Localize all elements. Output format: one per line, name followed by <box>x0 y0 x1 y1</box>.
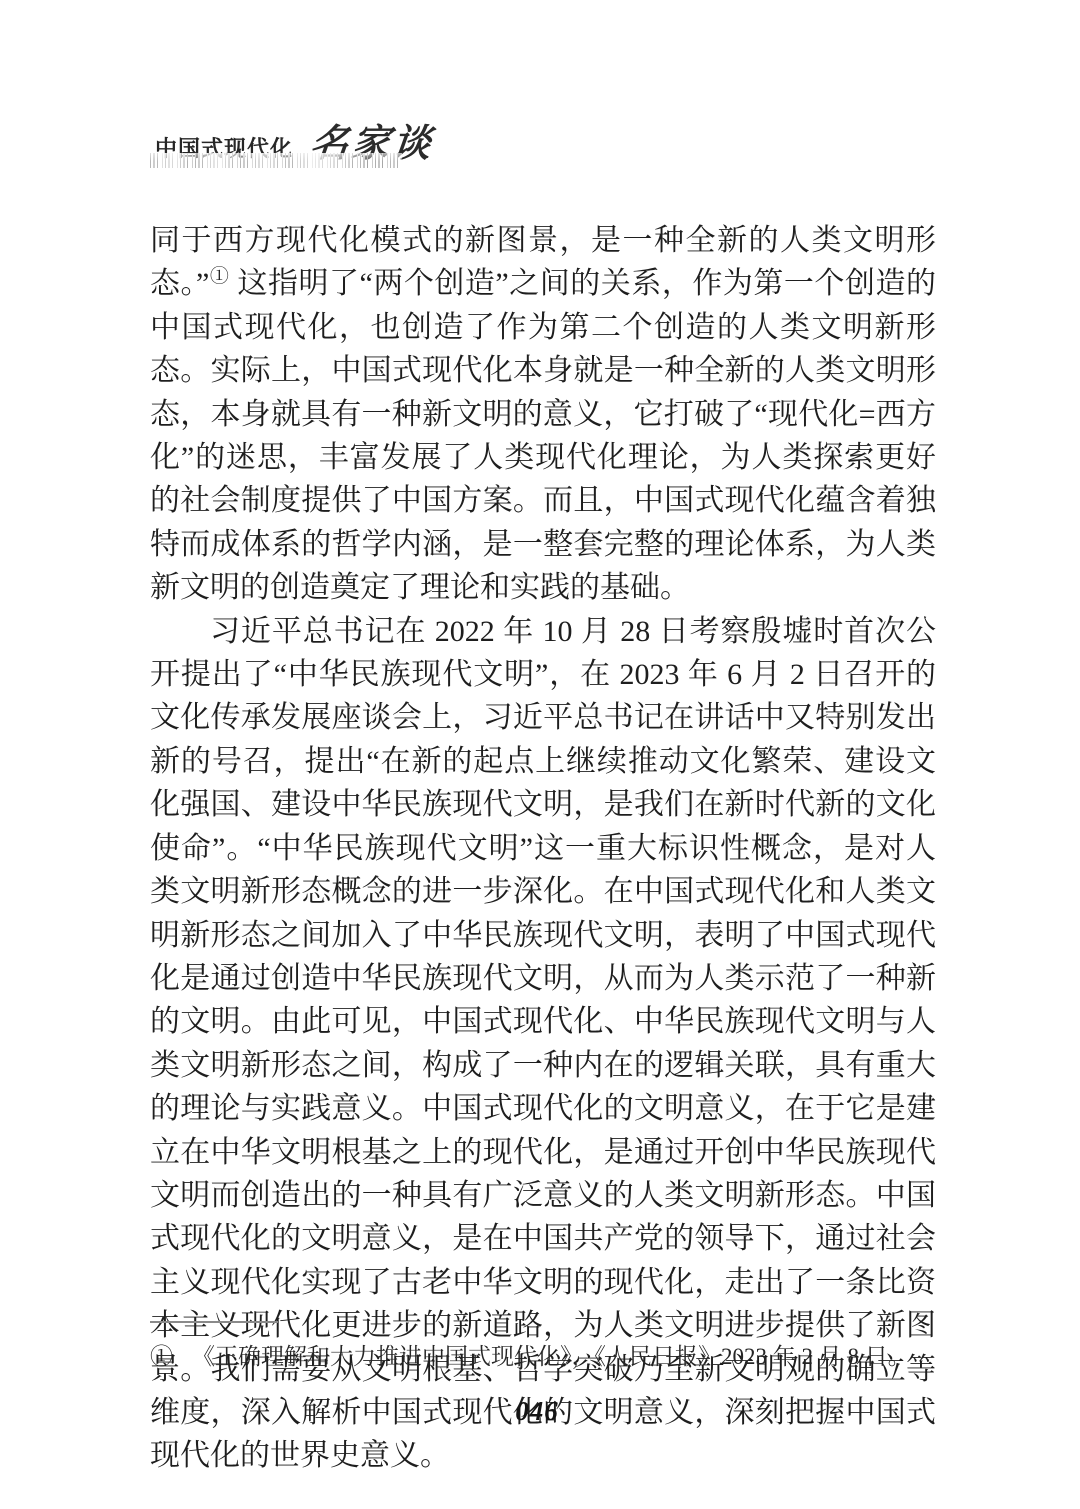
footnote-reference: ① <box>209 266 229 287</box>
footnote-divider <box>150 1321 278 1323</box>
barcode-decoration <box>150 153 402 168</box>
book-page: 中国式现代化 名家谈 同于西方现代化模式的新图景，是一种全新的人类文明形态。”①… <box>0 0 1080 1509</box>
paragraph-text: 这指明了“两个创造”之间的关系，作为第一个创造的中国式现代化，也创造了作为第二个… <box>150 267 936 604</box>
page-number: 046 <box>0 1396 1074 1427</box>
footnote-text: 《正确理解和大力推进中国式现代化》，《人民日报》2023 年 2 月 8 日。 <box>192 1341 942 1373</box>
footnote-marker: ① <box>150 1341 192 1373</box>
body-text: 同于西方现代化模式的新图景，是一种全新的人类文明形态。”① 这指明了“两个创造”… <box>150 219 936 1478</box>
footnote: ① 《正确理解和大力推进中国式现代化》，《人民日报》2023 年 2 月 8 日… <box>150 1341 942 1373</box>
paragraph: 同于西方现代化模式的新图景，是一种全新的人类文明形态。”① 这指明了“两个创造”… <box>150 219 936 610</box>
